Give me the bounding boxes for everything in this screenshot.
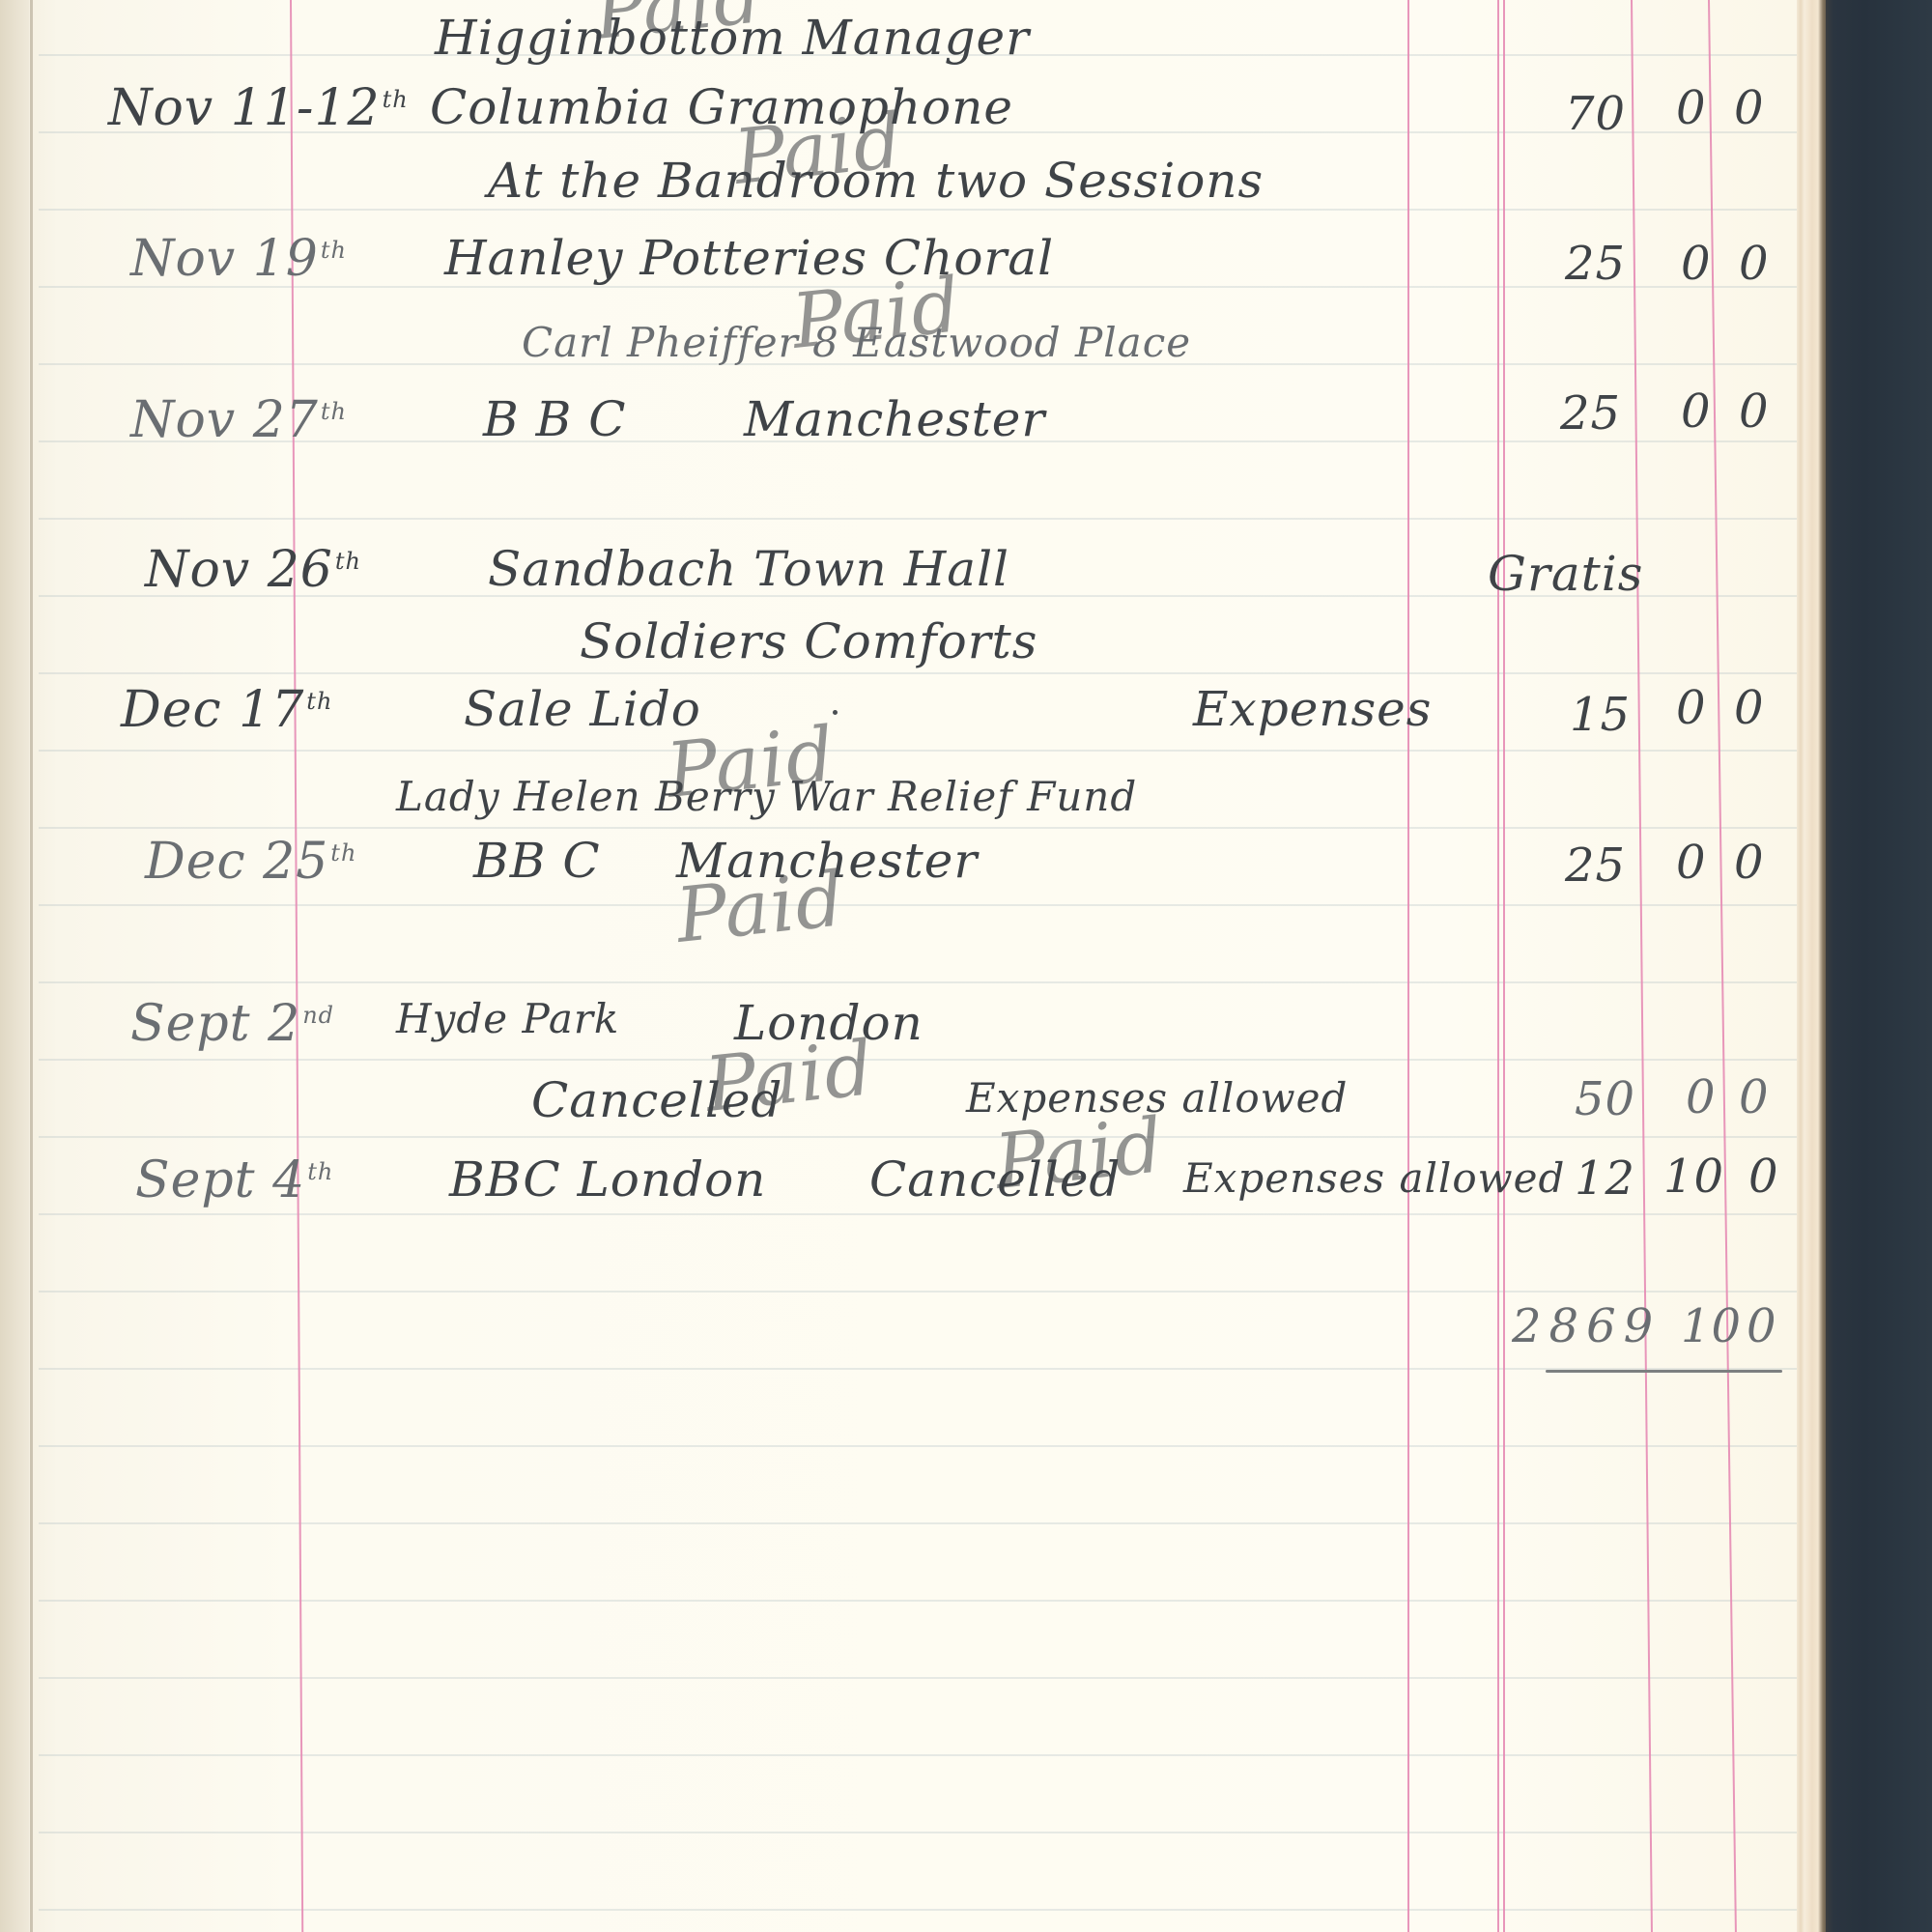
amount-pence: 0 (1748, 1150, 1779, 1204)
entry-date: Nov 19th (130, 230, 347, 288)
total-pence: 0 (1747, 1299, 1777, 1353)
entry-note: Soldiers Comforts (580, 613, 1037, 669)
amount-pounds: 25 (1565, 237, 1626, 291)
entry-description-location: Manchester (744, 391, 1045, 447)
entry-date: Sept 4th (135, 1151, 333, 1209)
binding-gutter (0, 0, 29, 1932)
entry-date: Nov 11-12th (108, 79, 409, 137)
entry-note: Lady Helen Berry War Relief Fund (396, 773, 1137, 820)
amount-pounds: 70 (1565, 87, 1626, 141)
amount-pounds: 25 (1565, 838, 1626, 893)
amount-shillings: 0 (1681, 237, 1712, 291)
amount-shillings: 0 (1681, 384, 1712, 439)
pounds-rule-right (1503, 0, 1505, 1932)
entry-description: BB C (473, 833, 601, 889)
entry-remark: Expenses (1193, 681, 1432, 737)
amount-gratis: Gratis (1488, 546, 1643, 602)
entry-note: Carl Pheiffer 8 Eastwood Place (522, 319, 1191, 366)
paid-mark: Paid (991, 1102, 1168, 1207)
total-underline (1546, 1370, 1782, 1373)
amount-pounds: 25 (1560, 386, 1621, 440)
entry-note: Cancelled (531, 1072, 782, 1128)
pounds-rule-left (1497, 0, 1499, 1932)
page-edges (1797, 0, 1826, 1932)
amount-pence: 0 (1739, 1070, 1770, 1124)
amount-shillings: 0 (1676, 836, 1707, 890)
total-shillings: 10 (1681, 1299, 1742, 1353)
entry-description: Hanley Potteries Choral (444, 230, 1054, 286)
paid-mark: Paid (672, 856, 849, 960)
amount-pence: 0 (1734, 836, 1765, 890)
entry-remark: Expenses allowed (1183, 1154, 1565, 1202)
amount-pounds: 15 (1570, 688, 1631, 742)
entry-date: Nov 27th (130, 391, 347, 449)
total-pounds: 2869 (1512, 1299, 1661, 1353)
ledger-page: Paid Higginbottom Manager Nov 11-12th Co… (0, 0, 1932, 1932)
entry-description: Sandbach Town Hall (488, 541, 1009, 597)
amount-pence: 0 (1739, 237, 1770, 291)
amount-shillings: 0 (1686, 1070, 1717, 1124)
book-cover (1826, 0, 1932, 1932)
amount-pounds: 12 (1575, 1151, 1635, 1206)
entry-description: Columbia Gramophone (430, 79, 1013, 135)
entry-date: Dec 17th (121, 681, 332, 739)
amount-pounds: 50 (1575, 1072, 1635, 1126)
header-fragment-line: Higginbottom Manager (435, 10, 1030, 66)
ink-dot (833, 710, 838, 715)
entry-date: Sept 2nd (130, 995, 334, 1053)
amount-pence: 0 (1734, 681, 1765, 735)
entry-date: Dec 25th (145, 833, 356, 891)
entry-description: BBC London (449, 1151, 766, 1207)
entry-description: Hyde Park (396, 995, 619, 1042)
binding-stitch-line (30, 0, 33, 1932)
amount-shillings: 10 (1663, 1150, 1724, 1204)
entry-date: Nov 26th (145, 541, 361, 599)
amount-pence: 0 (1734, 81, 1765, 135)
amount-shillings: 0 (1676, 681, 1707, 735)
description-end-rule (1407, 0, 1409, 1932)
amount-pence: 0 (1739, 384, 1770, 439)
entry-description: B B C (483, 391, 627, 447)
amount-shillings: 0 (1676, 81, 1707, 135)
entry-note: At the Bandroom two Sessions (488, 153, 1264, 209)
